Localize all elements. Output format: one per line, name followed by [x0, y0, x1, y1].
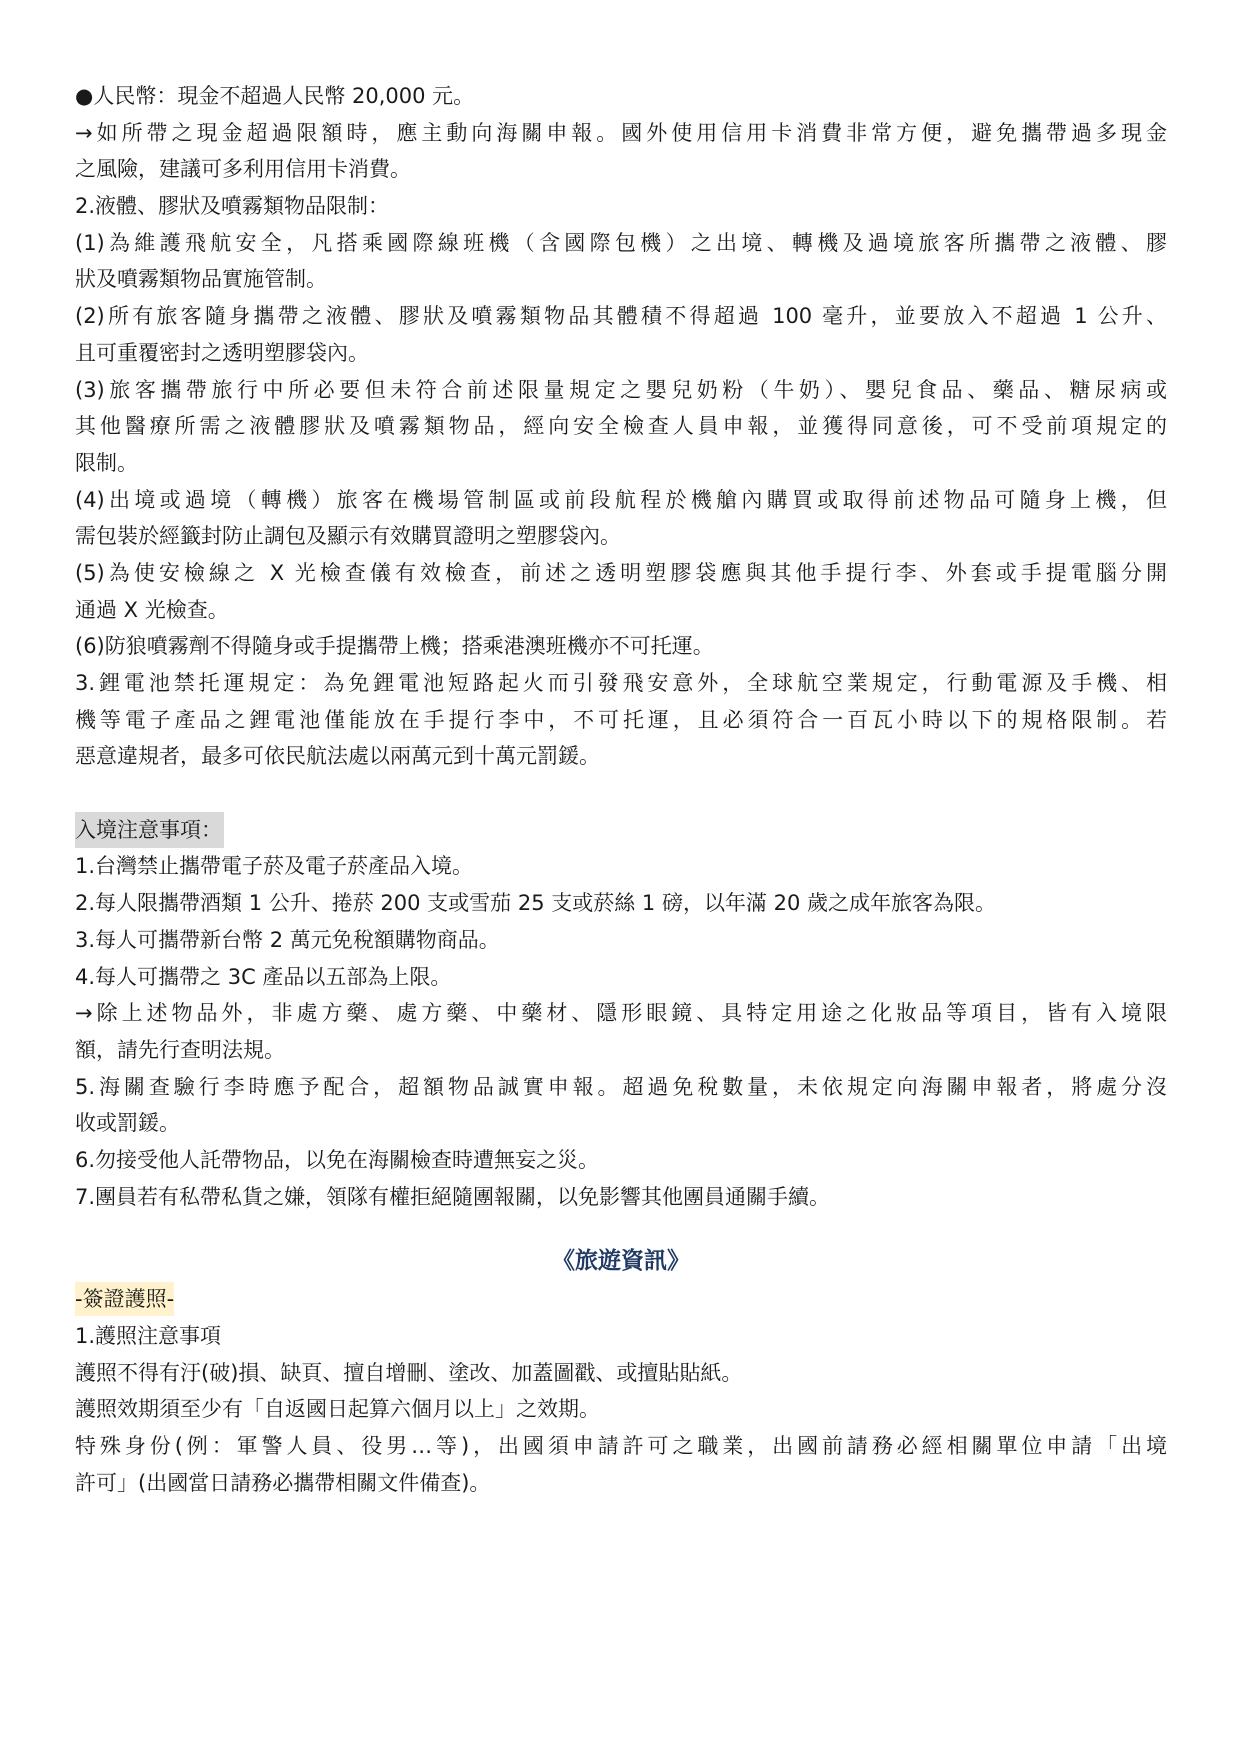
text-line: 護照不得有汙(破)損、缺頁、擅自增刪、塗改、加蓋圖戳、或擅貼貼紙。: [75, 1355, 1167, 1392]
entry-notes-heading-line: 入境注意事項：: [75, 812, 1167, 849]
text-line: →除上述物品外，非處方藥、處方藥、中藥材、隱形眼鏡、具特定用途之化妝品等項目，皆…: [75, 995, 1167, 1032]
travel-info-title: 《旅遊資訊》: [75, 1241, 1167, 1281]
spacer: [75, 1215, 1167, 1241]
text-line: (1)為維護飛航安全，凡搭乘國際線班機（含國際包機）之出境、轉機及過境旅客所攜帶…: [75, 225, 1167, 262]
text-line: 6.勿接受他人託帶物品，以免在海關檢查時遭無妄之災。: [75, 1142, 1167, 1179]
text-line: 機等電子產品之鋰電池僅能放在手提行李中，不可托運，且必須符合一百瓦小時以下的規格…: [75, 702, 1167, 739]
text-line: 7.團員若有私帶私貨之嫌，領隊有權拒絕隨團報關，以免影響其他團員通關手續。: [75, 1179, 1167, 1216]
text-line: 2.液體、膠狀及噴霧類物品限制：: [75, 188, 1167, 225]
text-line: ●人民幣：現金不超過人民幣 20,000 元。: [75, 78, 1167, 115]
travel-info-section: 《旅遊資訊》 -簽證護照- 1.護照注意事項 護照不得有汙(破)損、缺頁、擅自增…: [75, 1241, 1167, 1501]
text-line: 2.每人限攜帶酒類 1 公升、捲菸 200 支或雪茄 25 支或菸絲 1 磅，以…: [75, 885, 1167, 922]
text-line: 之風險，建議可多利用信用卡消費。: [75, 151, 1167, 188]
text-line: 惡意違規者，最多可依民航法處以兩萬元到十萬元罰鍰。: [75, 738, 1167, 775]
text-line: 特殊身份(例：軍警人員、役男…等)，出國須申請許可之職業，出國前請務必經相關單位…: [75, 1428, 1167, 1465]
spacer: [75, 775, 1167, 812]
text-line: (2)所有旅客隨身攜帶之液體、膠狀及噴霧類物品其體積不得超過 100 毫升，並要…: [75, 298, 1167, 335]
text-line: 限制。: [75, 445, 1167, 482]
text-line: 需包裝於經籤封防止調包及顯示有效購買證明之塑膠袋內。: [75, 518, 1167, 555]
text-line: 護照效期須至少有「自返國日起算六個月以上」之效期。: [75, 1391, 1167, 1428]
text-line: 1.台灣禁止攜帶電子菸及電子菸產品入境。: [75, 848, 1167, 885]
text-line: 3.鋰電池禁托運規定：為免鋰電池短路起火而引發飛安意外，全球航空業規定，行動電源…: [75, 665, 1167, 702]
visa-passport-subheading: -簽證護照-: [75, 1282, 174, 1316]
text-line: 收或罰鍰。: [75, 1105, 1167, 1142]
text-line: 1.護照注意事項: [75, 1318, 1167, 1355]
text-line: 狀及噴霧類物品實施管制。: [75, 261, 1167, 298]
visa-passport-subheading-line: -簽證護照-: [75, 1281, 1167, 1318]
entry-notes-heading: 入境注意事項：: [75, 812, 224, 848]
entry-notes-section: 入境注意事項： 1.台灣禁止攜帶電子菸及電子菸產品入境。 2.每人限攜帶酒類 1…: [75, 812, 1167, 1216]
text-line: 通過 X 光檢查。: [75, 592, 1167, 629]
text-line: 許可」(出國當日請務必攜帶相關文件備查)。: [75, 1465, 1167, 1502]
text-line: 其他醫療所需之液體膠狀及噴霧類物品，經向安全檢查人員申報，並獲得同意後，可不受前…: [75, 408, 1167, 445]
document-page: ●人民幣：現金不超過人民幣 20,000 元。 →如所帶之現金超過限額時，應主動…: [75, 78, 1167, 1501]
text-line: (3)旅客攜帶旅行中所必要但未符合前述限量規定之嬰兒奶粉（牛奶）、嬰兒食品、藥品…: [75, 372, 1167, 409]
text-line: 3.每人可攜帶新台幣 2 萬元免稅額購物商品。: [75, 922, 1167, 959]
text-line: 且可重覆密封之透明塑膠袋內。: [75, 335, 1167, 372]
text-line: 5.海關查驗行李時應予配合，超額物品誠實申報。超過免稅數量，未依規定向海關申報者…: [75, 1069, 1167, 1106]
text-line: (4)出境或過境（轉機）旅客在機場管制區或前段航程於機艙內購買或取得前述物品可隨…: [75, 482, 1167, 519]
text-line: (5)為使安檢線之 X 光檢查儀有效檢查，前述之透明塑膠袋應與其他手提行李、外套…: [75, 555, 1167, 592]
departure-notes-section: ●人民幣：現金不超過人民幣 20,000 元。 →如所帶之現金超過限額時，應主動…: [75, 78, 1167, 775]
text-line: (6)防狼噴霧劑不得隨身或手提攜帶上機；搭乘港澳班機亦不可托運。: [75, 628, 1167, 665]
text-line: 額，請先行查明法規。: [75, 1032, 1167, 1069]
text-line: 4.每人可攜帶之 3C 產品以五部為上限。: [75, 959, 1167, 996]
text-line: →如所帶之現金超過限額時，應主動向海關申報。國外使用信用卡消費非常方便，避免攜帶…: [75, 115, 1167, 152]
